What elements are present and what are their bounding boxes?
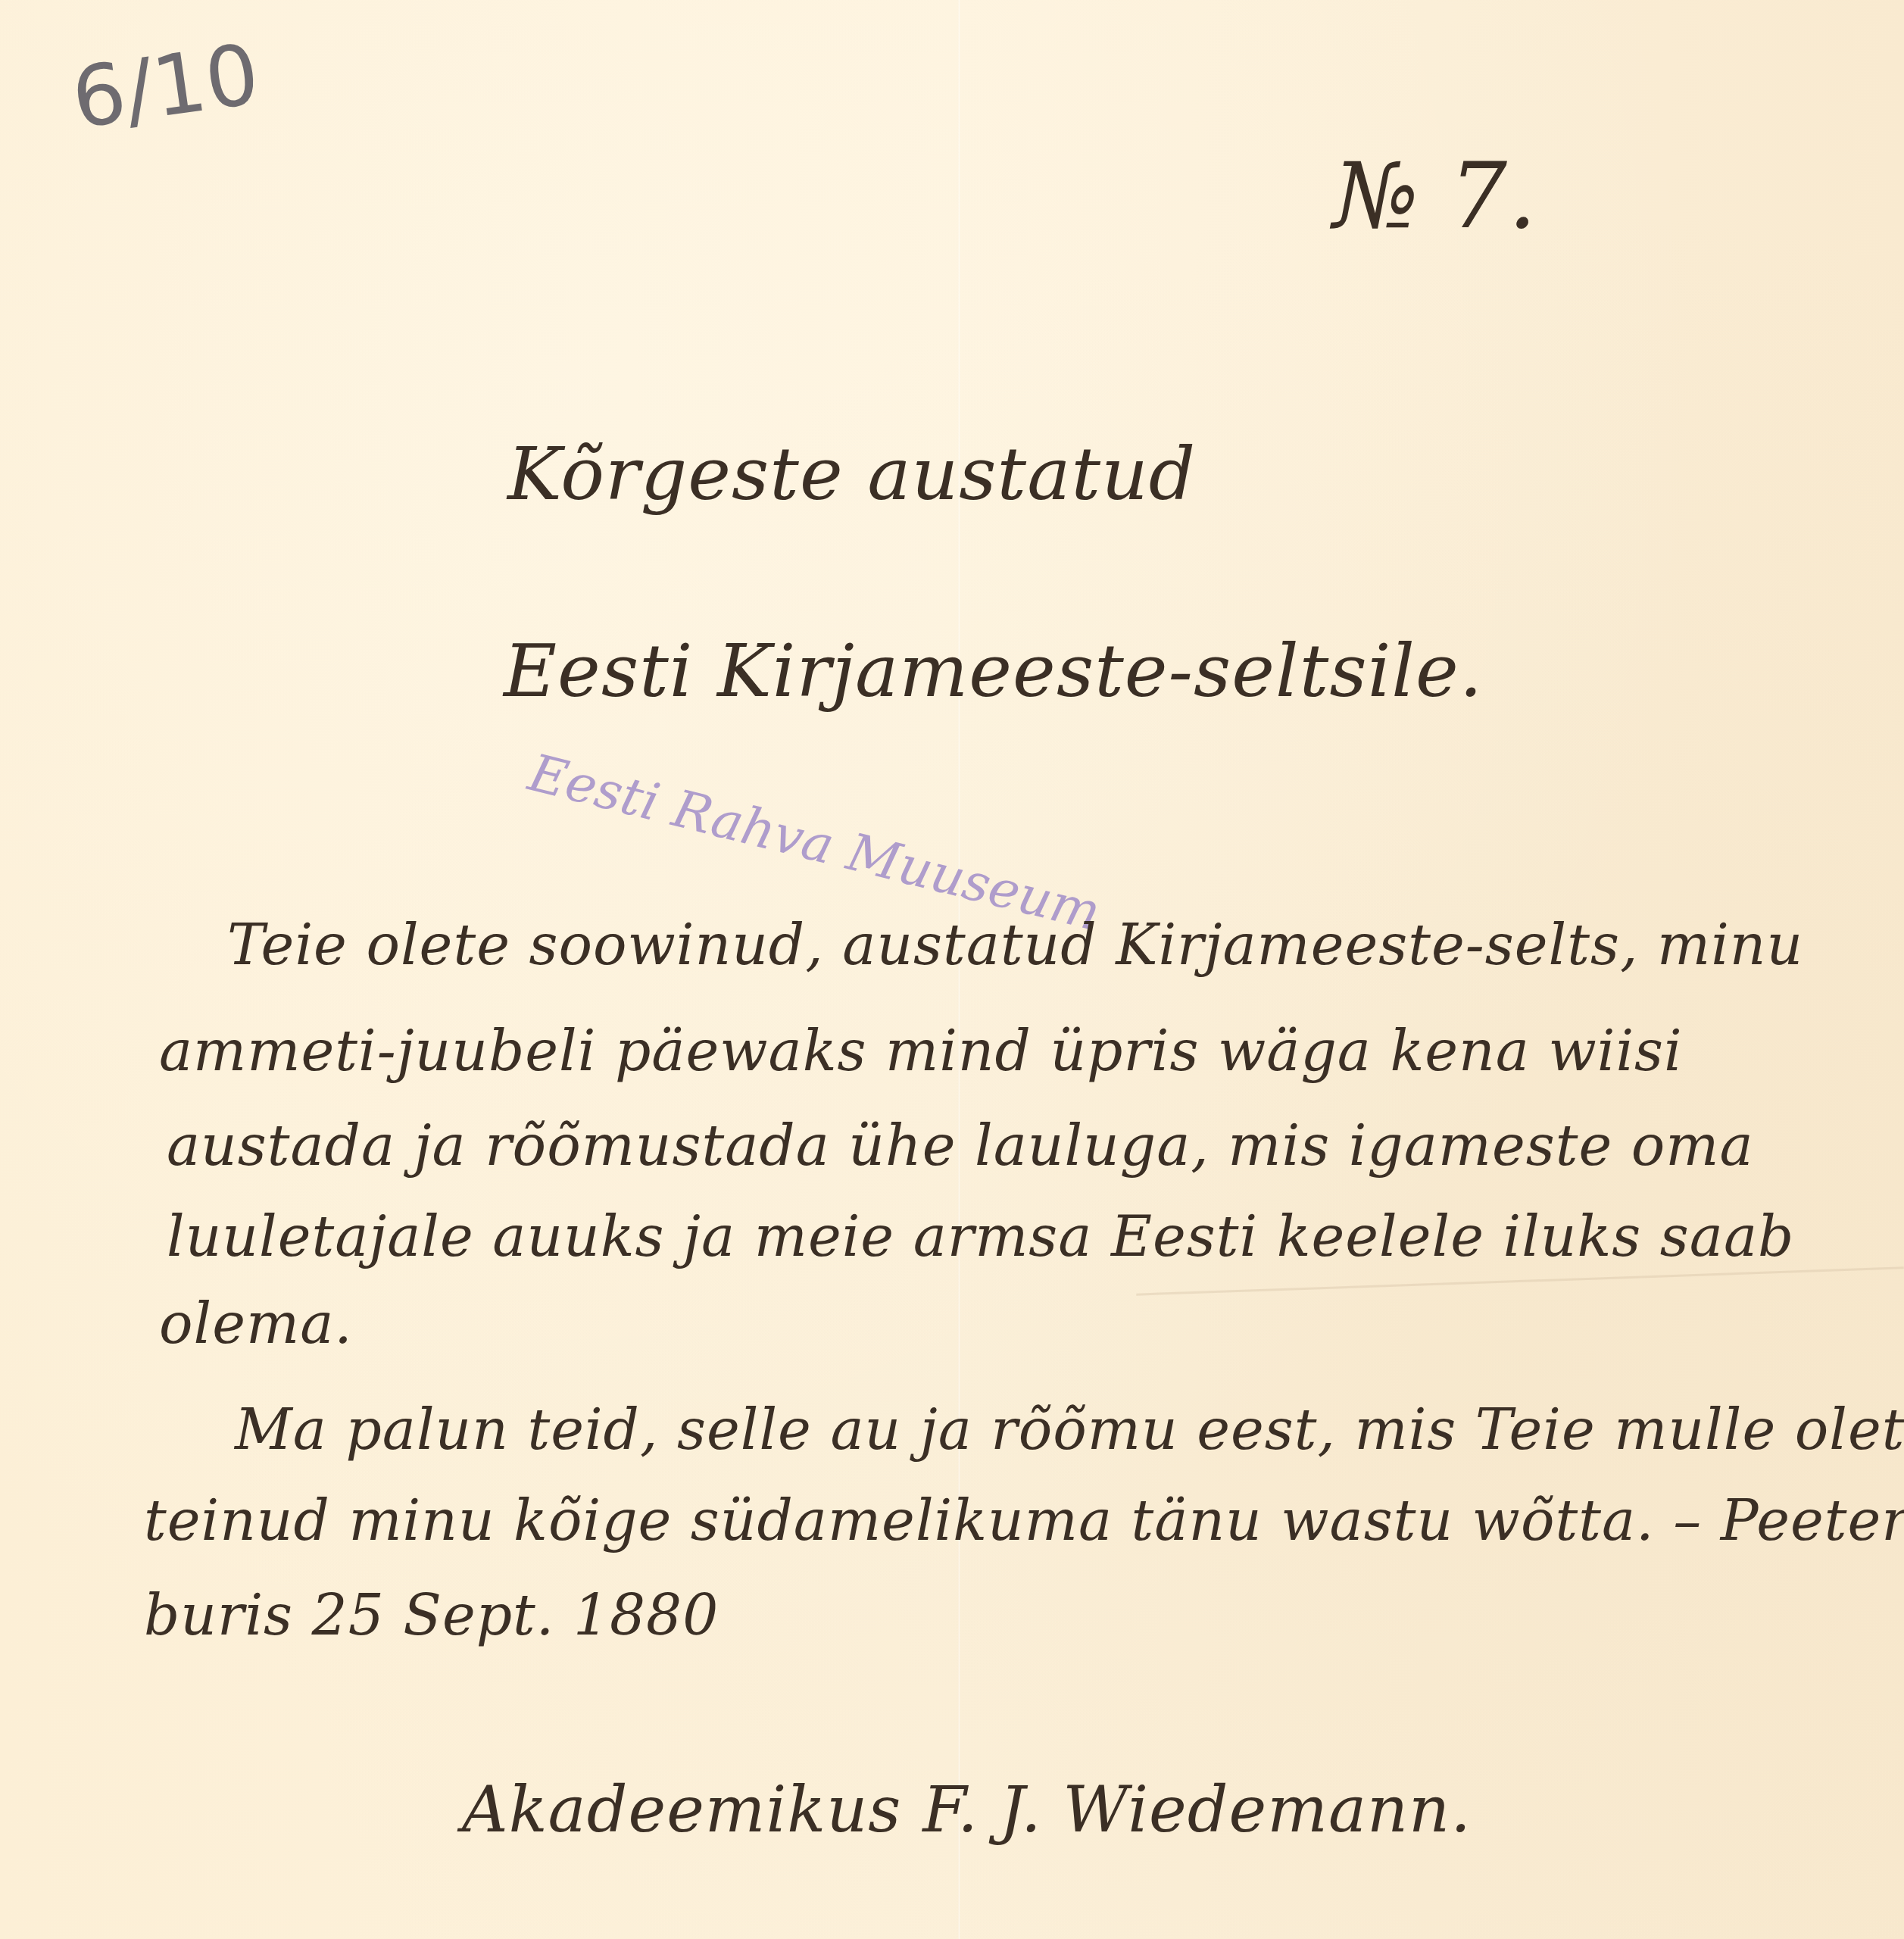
paper-crease (1136, 1266, 1903, 1295)
body-line: Teie olete soowinud, austatud Kirjameest… (227, 913, 1803, 978)
body-line: luuletajale auuks ja meie armsa Eesti ke… (167, 1204, 1794, 1269)
body-line: teinud minu kõige südamelikuma tänu wast… (144, 1488, 1904, 1553)
salutation-line-2: Eesti Kirjameeste-seltsile. (504, 629, 1483, 713)
body-line: austada ja rõõmustada ühe lauluga, mis i… (167, 1113, 1754, 1179)
body-line: Ma palun teid, selle au ja rõõmu eest, m… (235, 1397, 1904, 1463)
signature: Akadeemikus F. J. Wiedemann. (462, 1772, 1472, 1847)
body-line: olema. (159, 1291, 353, 1357)
body-line: ammeti-juubeli päewaks mind üpris wäga k… (159, 1019, 1683, 1084)
letter-number: № 7. (1333, 144, 1537, 249)
archive-pencil-mark: 6/10 (66, 25, 264, 147)
letter-page: 6/10 № 7. Kõrgeste austatud Eesti Kirjam… (0, 0, 1904, 1939)
date-line: buris 25 Sept. 1880 (144, 1583, 719, 1648)
salutation-line-1: Kõrgeste austatud (507, 432, 1196, 517)
